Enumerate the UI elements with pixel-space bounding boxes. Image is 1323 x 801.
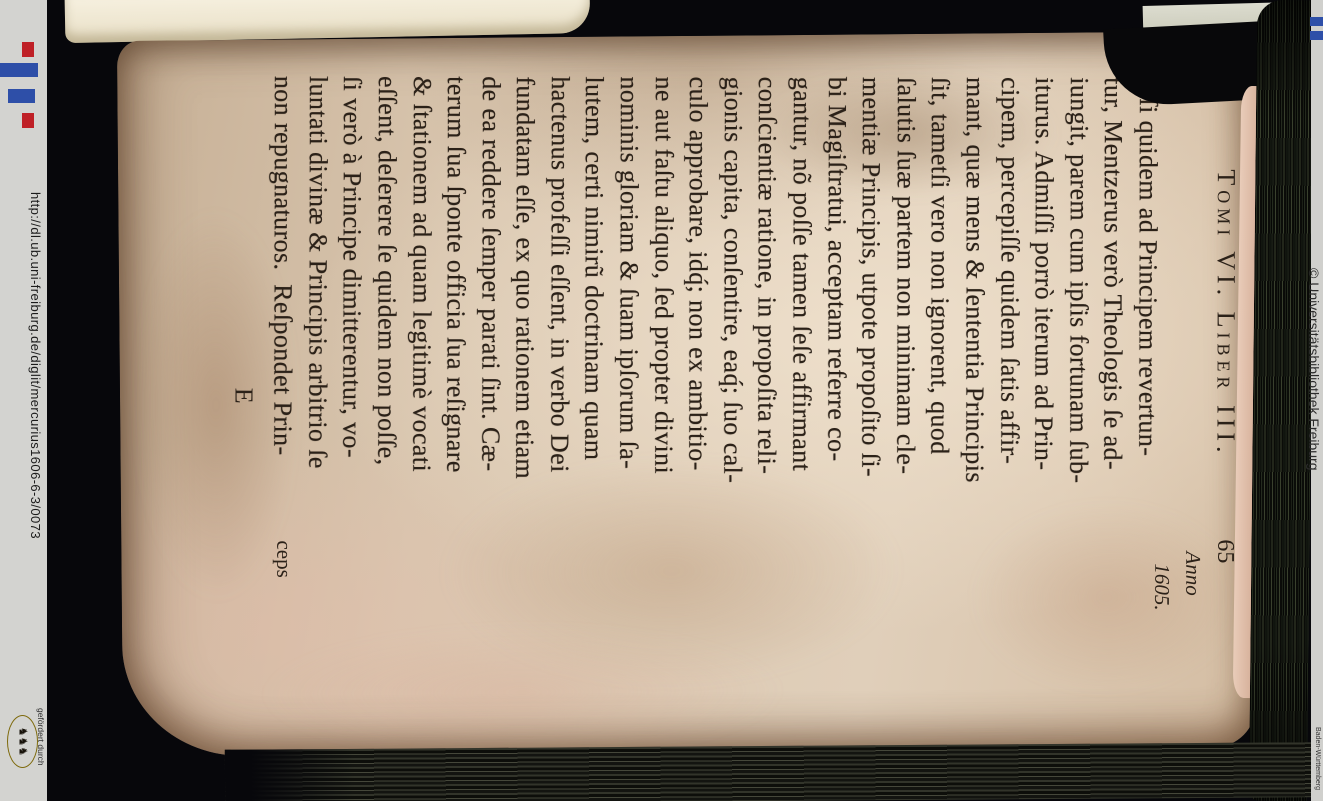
text-line: ſit, tametſi vero non ignorent, quod — [922, 77, 958, 597]
text-line: bi Magiſtratui, acceptam referre co- — [818, 77, 854, 597]
text-line: mentiæ Principis, utpote propoſito ſi- — [853, 77, 889, 597]
text-line: ſalutis ſuæ partem non minimam cle- — [887, 77, 923, 597]
text-line: tur, Mentzerus verò Theologis ſe ad- — [1095, 77, 1131, 597]
text-line: culo approbare, idq́; non ex ambitio- — [680, 76, 716, 596]
registration-mark-red-icon — [22, 113, 34, 128]
book-scan-photo: Tomi VI. Liber III. 65 Anno 1605. ipſi q… — [47, 0, 1311, 801]
page-block-bottom-edges — [225, 742, 1311, 801]
region-label: Baden-Württemberg — [1314, 727, 1321, 790]
funding-logo-icon: ♞♞♞ — [7, 715, 38, 768]
text-line: luntati divinæ & Principis arbitrio ſe — [299, 76, 335, 596]
text-line: terum ſua ſponte officia ſua reſignare — [438, 76, 474, 596]
source-url: http://dl.ub.uni-freiburg.de/diglit/merc… — [27, 192, 43, 539]
text-line: fundatam eſſe, ex quo rationem etiam — [507, 76, 543, 596]
text-line: conſcientiæ ratione, in propoſita reli- — [749, 77, 785, 597]
text-line: gionis capita, conſentire, eaq́; ſuo cal… — [714, 77, 750, 597]
text-line: ſi verò à Principe dimitterentur, vo- — [334, 76, 370, 596]
text-line: nominis gloriam & ſuam ipſorum ſa- — [611, 76, 647, 596]
text-line: ipſi quidem ad Principem revertun- — [1130, 77, 1166, 597]
text-line: mant, quæ mens & ſententia Principis — [957, 77, 993, 597]
catchword: ceps — [271, 76, 297, 578]
copyright-notice: © Universitätsbibliothek Freiburg — [1306, 268, 1322, 471]
registration-mark-blue-icon — [0, 63, 38, 77]
book-page: Tomi VI. Liber III. 65 Anno 1605. ipſi q… — [117, 31, 1256, 757]
margin-note-line: Anno — [1181, 551, 1205, 595]
text-line: hactenus profeſſi eſſent, in verbo Dei — [541, 76, 577, 596]
text-line: lutem, certi nimirũ doctrinam quam — [576, 76, 612, 596]
text-line: iturus. Admiſſi porrò iterum ad Prin- — [1026, 77, 1062, 597]
registration-mark-blue-icon — [1310, 17, 1323, 26]
scan-frame-left-strip: http://dl.ub.uni-freiburg.de/diglit/merc… — [0, 0, 47, 801]
book-fore-edge — [1249, 0, 1311, 801]
page-text-rotated: Tomi VI. Liber III. 65 Anno 1605. ipſi q… — [119, 36, 1253, 754]
text-line: ne aut faſtu aliquo, ſed propter divini — [645, 76, 681, 596]
text-line: gantur, nõ poſſe tamen ſeſe affirmant — [784, 77, 820, 597]
lions-icon: ♞♞♞ — [17, 727, 28, 757]
text-line: cipem, percepiſſe quidem ſatis affir- — [991, 77, 1027, 597]
text-line: & ſtationem ad quam legitimè vocati — [403, 76, 439, 596]
registration-mark-blue-icon — [8, 89, 35, 103]
registration-mark-blue-icon — [1310, 31, 1323, 40]
registration-mark-red-icon — [22, 42, 34, 57]
text-line: eſſent, deſerere ſe quidem non poſſe, — [368, 76, 404, 596]
text-line: iungit, parem cum ipſis fortunam ſub- — [1060, 77, 1096, 597]
signature-mark: E — [228, 186, 259, 606]
body-text: ipſi quidem ad Principem revertun-tur, M… — [265, 76, 1165, 598]
text-line: de ea reddere ſemper parati ſint. Cæ- — [472, 76, 508, 596]
